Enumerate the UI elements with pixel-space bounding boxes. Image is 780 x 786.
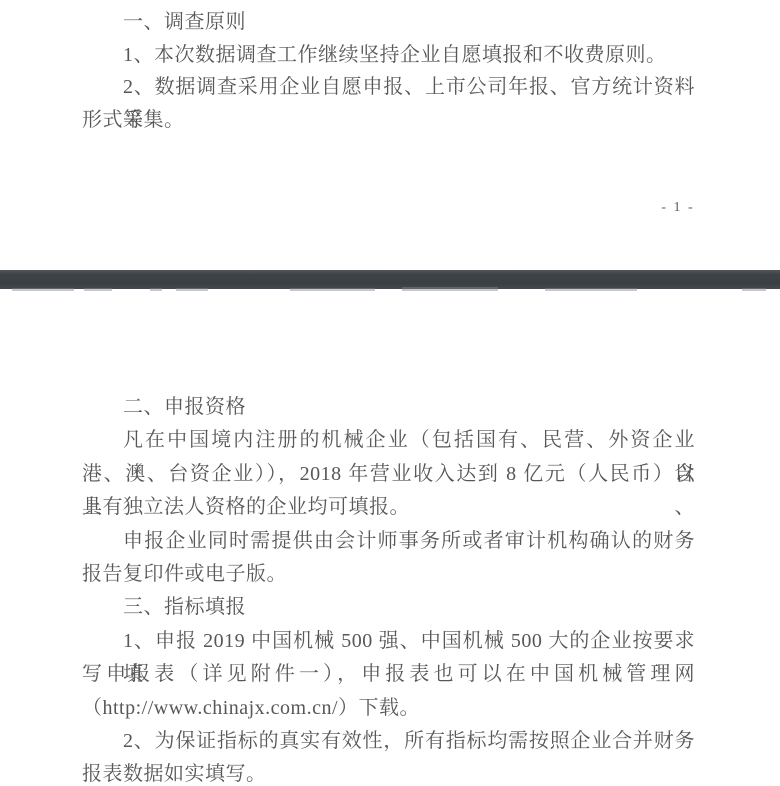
- text-line: 1、申报 2019 中国机械 500 强、中国机械 500 大的企业按要求填: [82, 625, 695, 658]
- scan-artifact: [176, 288, 208, 291]
- section-heading-3: 三、指标填报: [82, 591, 695, 624]
- text-line: 报表数据如实填写。: [82, 758, 695, 786]
- scan-artifact: [12, 288, 74, 291]
- text-line: 形式采集。: [82, 104, 695, 137]
- text-line: 申报企业同时需提供由会计师事务所或者审计机构确认的财务: [82, 525, 695, 558]
- page-separator-band: [0, 270, 780, 289]
- scan-artifact: [290, 288, 375, 291]
- text-line: 写申报表（详见附件一），申报表也可以在中国机械管理网: [82, 658, 695, 691]
- scan-artifact: [84, 288, 112, 291]
- section-heading-1: 一、调查原则: [82, 6, 695, 39]
- text-line: 2、数据调查采用企业自愿申报、上市公司年报、官方统计资料等: [82, 71, 695, 104]
- page-number: - 1 -: [652, 198, 704, 218]
- section-heading-2: 二、申报资格: [82, 391, 695, 424]
- text-line: 2、为保证指标的真实有效性，所有指标均需按照企业合并财务: [82, 725, 695, 758]
- text-line: 1、本次数据调查工作继续坚持企业自愿填报和不收费原则。: [82, 39, 695, 72]
- text-line: 凡在中国境内注册的机械企业（包括国有、民营、外资企业（含: [82, 424, 695, 457]
- document-page-1: 一、调查原则 1、本次数据调查工作继续坚持企业自愿填报和不收费原则。 2、数据调…: [82, 6, 695, 136]
- scan-artifact: [545, 288, 637, 291]
- document-page-2: 二、申报资格 凡在中国境内注册的机械企业（包括国有、民营、外资企业（含 港、澳、…: [82, 391, 695, 786]
- scan-artifact: [742, 288, 766, 291]
- text-line: 报告复印件或电子版。: [82, 558, 695, 591]
- scan-artifact: [402, 287, 498, 291]
- text-line: 港、澳、台资企业）），2018 年营业收入达到 8 亿元（人民币）以上、: [82, 458, 695, 491]
- text-line-url: （http://www.chinajx.com.cn/）下载。: [82, 692, 695, 725]
- scan-artifact: [150, 288, 162, 291]
